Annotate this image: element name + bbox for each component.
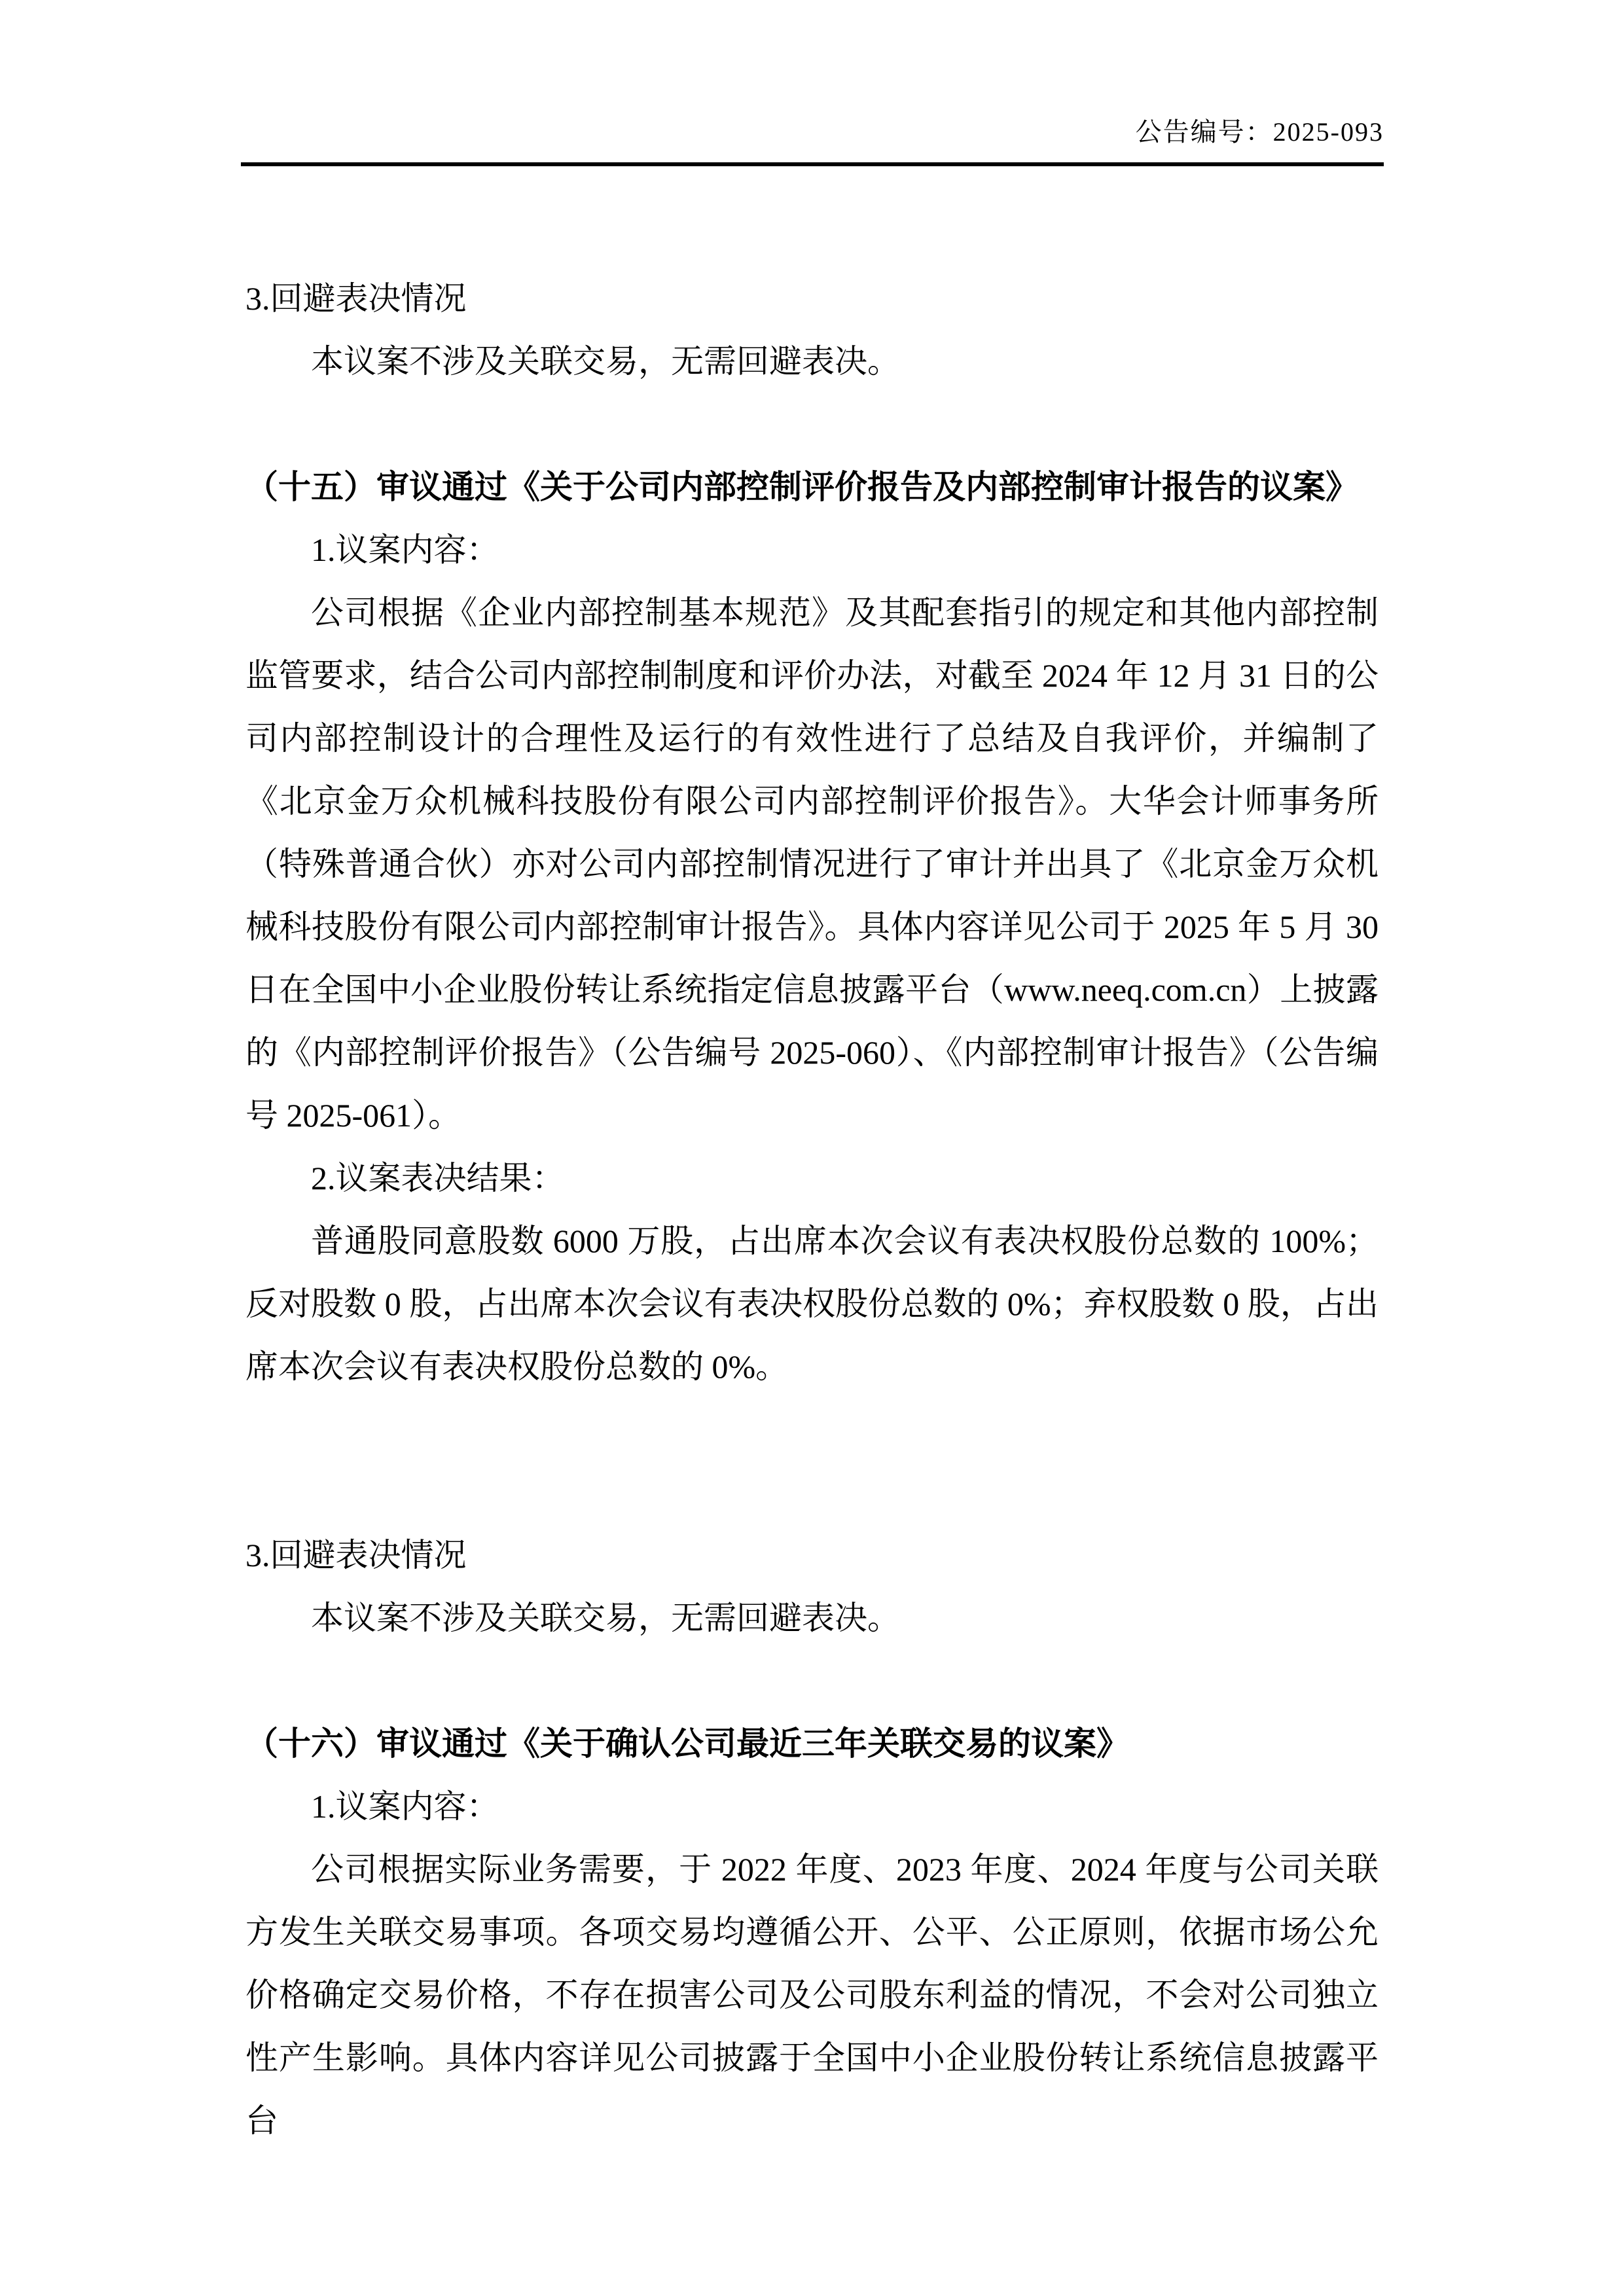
paragraph: 普通股同意股数 6000 万股，占出席本次会议有表决权股份总数的 100%；反对… bbox=[245, 1210, 1379, 1398]
list-item-label: 1.议案内容： bbox=[245, 1775, 1379, 1838]
header-divider-rule bbox=[241, 162, 1384, 166]
document-body: 3.回避表决情况本议案不涉及关联交易，无需回避表决。（十五）审议通过《关于公司内… bbox=[245, 267, 1379, 2152]
section-heading: （十五）审议通过《关于公司内部控制评价报告及内部控制审计报告的议案》 bbox=[245, 456, 1379, 518]
list-item-label: 1.议案内容： bbox=[245, 518, 1379, 581]
announcement-number: 公告编号：2025-093 bbox=[241, 111, 1384, 149]
paragraph: 公司根据实际业务需要，于 2022 年度、2023 年度、2024 年度与公司关… bbox=[245, 1838, 1379, 2152]
paragraph: 本议案不涉及关联交易，无需回避表决。 bbox=[245, 1587, 1379, 1649]
paragraph: 本议案不涉及关联交易，无需回避表决。 bbox=[245, 330, 1379, 393]
section-heading: （十六）审议通过《关于确认公司最近三年关联交易的议案》 bbox=[245, 1712, 1379, 1775]
list-item-label: 3.回避表决情况 bbox=[245, 1524, 1379, 1587]
list-item-label: 3.回避表决情况 bbox=[245, 267, 1379, 330]
paragraph: 公司根据《企业内部控制基本规范》及其配套指引的规定和其他内部控制监管要求，结合公… bbox=[245, 581, 1379, 1147]
document-page: 公告编号：2025-093 3.回避表决情况本议案不涉及关联交易，无需回避表决。… bbox=[0, 0, 1624, 2296]
list-item-label: 2.议案表决结果： bbox=[245, 1147, 1379, 1210]
